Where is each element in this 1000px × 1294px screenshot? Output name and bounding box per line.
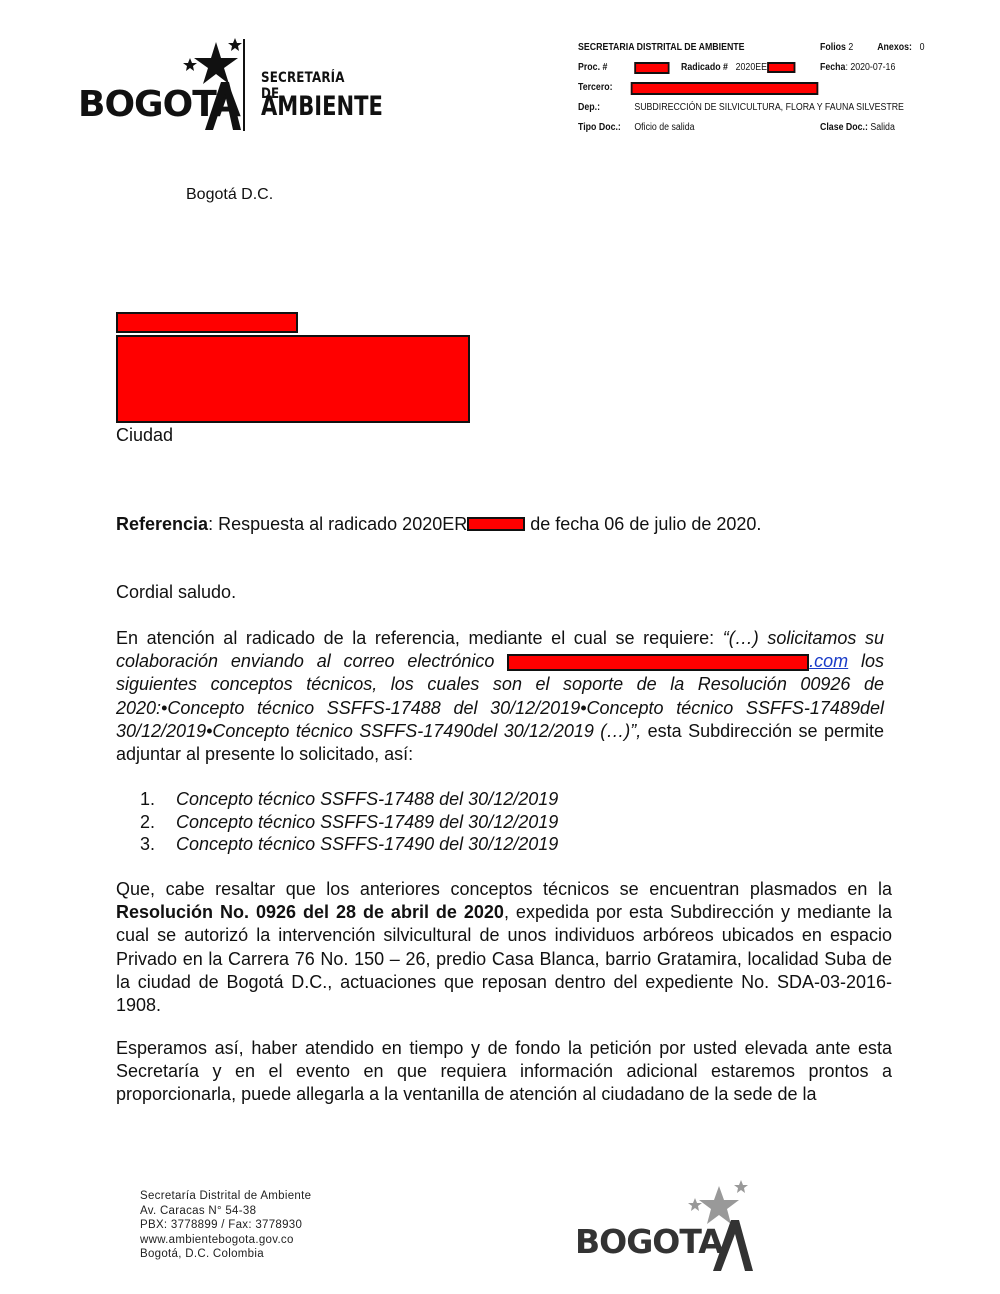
header-logo: BOGOTA SECRETARÍA DE AMBIENTE bbox=[78, 36, 378, 136]
fecha-label: Fecha bbox=[820, 62, 845, 73]
paragraph-request: En atención al radicado de la referencia… bbox=[116, 627, 884, 766]
tipo-doc-value: Oficio de salida bbox=[634, 122, 694, 133]
list-item: 3.Concepto técnico SSFFS-17490 del 30/12… bbox=[140, 833, 558, 856]
paragraph-request-intro: En atención al radicado de la referencia… bbox=[116, 628, 723, 648]
tercero-label: Tercero: bbox=[578, 82, 613, 93]
logo-divider bbox=[243, 39, 245, 131]
reference-label: Referencia bbox=[116, 514, 208, 534]
recipient-city: Ciudad bbox=[116, 425, 173, 446]
email-link-suffix[interactable]: .com bbox=[809, 651, 848, 671]
reference-text-before: : Respuesta al radicado 2020ER bbox=[208, 514, 467, 534]
reference-line: Referencia: Respuesta al radicado 2020ER… bbox=[116, 514, 761, 535]
anexos-label: Anexos: bbox=[877, 42, 912, 53]
folios-value: 2 bbox=[848, 42, 853, 53]
tipo-doc-label: Tipo Doc.: bbox=[578, 122, 621, 133]
logo-accent-mark bbox=[195, 80, 243, 134]
radicado-label: Radicado # bbox=[681, 62, 728, 73]
redacted-proc-number bbox=[634, 62, 669, 74]
redacted-reference-number bbox=[467, 517, 525, 531]
clase-doc-value: Salida bbox=[870, 122, 894, 133]
footer-address: Secretaría Distrital de Ambiente Av. Car… bbox=[140, 1189, 340, 1262]
redacted-tercero bbox=[631, 82, 818, 95]
redacted-recipient-name bbox=[116, 312, 298, 333]
paragraph-resolution: Que, cabe resaltar que los anteriores co… bbox=[116, 878, 892, 1017]
paragraph-closing: Esperamos así, haber atendido en tiempo … bbox=[116, 1037, 892, 1107]
footer-logo: BOGOTA bbox=[575, 1178, 765, 1278]
logo-entity-line2: AMBIENTE bbox=[261, 91, 383, 122]
footer-logo-accent-mark bbox=[705, 1216, 755, 1276]
list-item: 1.Concepto técnico SSFFS-17488 del 30/12… bbox=[140, 788, 558, 811]
footer-logo-city: BOGOTA bbox=[575, 1222, 723, 1261]
dep-label: Dep.: bbox=[578, 102, 600, 113]
redacted-email bbox=[507, 654, 809, 671]
redacted-radicado-number bbox=[767, 62, 795, 73]
organization-name: SECRETARIA DISTRITAL DE AMBIENTE bbox=[578, 42, 745, 53]
concepts-list: 1.Concepto técnico SSFFS-17488 del 30/12… bbox=[140, 788, 558, 856]
reference-text-after: de fecha 06 de julio de 2020. bbox=[525, 514, 761, 534]
radicado-prefix: 2020EE bbox=[736, 62, 767, 73]
dep-value: SUBDIRECCIÓN DE SILVICULTURA, FLORA Y FA… bbox=[634, 102, 904, 113]
resolution-reference: Resolución No. 0926 del 28 de abril de 2… bbox=[116, 902, 504, 922]
fecha-value: 2020-07-16 bbox=[850, 62, 895, 73]
footer-website: www.ambientebogota.gov.co bbox=[140, 1233, 340, 1248]
proc-label: Proc. # bbox=[578, 62, 607, 73]
place-date: Bogotá D.C. bbox=[186, 186, 273, 204]
clase-doc-label: Clase Doc.: bbox=[820, 122, 868, 133]
folios-label: Folios bbox=[820, 42, 846, 53]
redacted-recipient-address bbox=[116, 335, 470, 423]
anexos-value: 0 bbox=[920, 42, 925, 53]
greeting: Cordial saludo. bbox=[116, 582, 236, 603]
list-item: 2.Concepto técnico SSFFS-17489 del 30/12… bbox=[140, 811, 558, 834]
